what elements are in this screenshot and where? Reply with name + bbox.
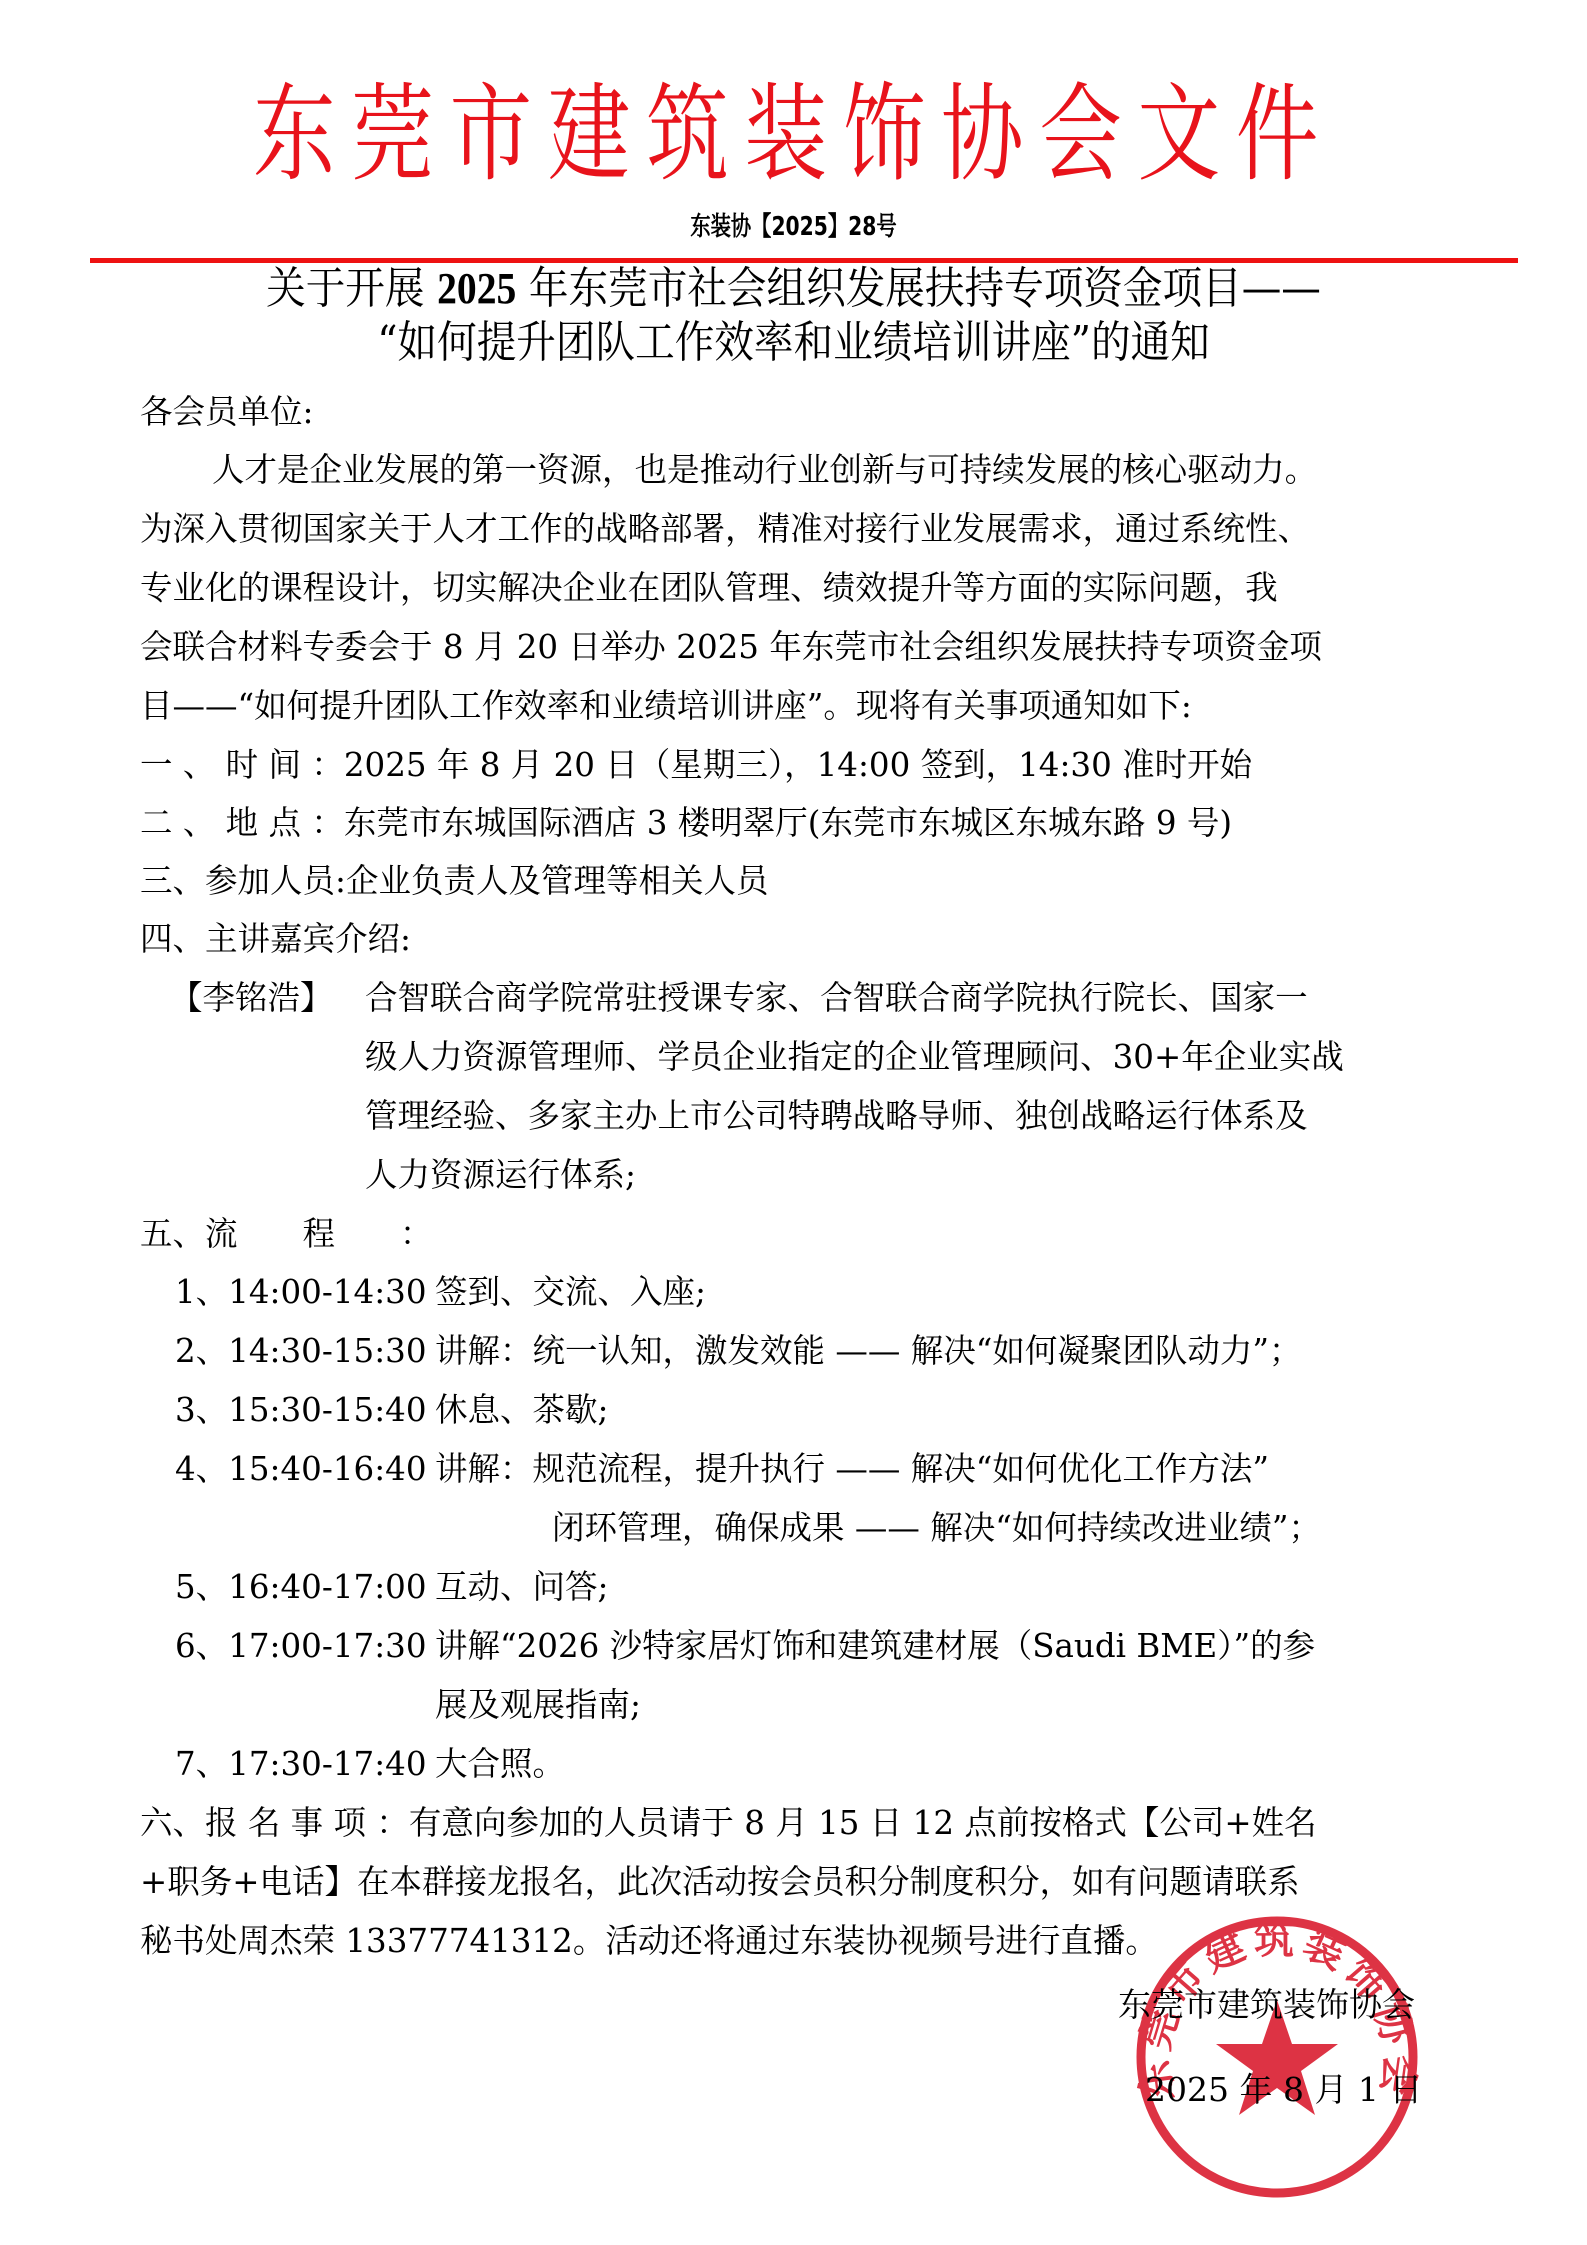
program-item-number: 6、 xyxy=(175,1626,228,1665)
section-location: 二 、 地 点 ：东莞市东城国际酒店 3 楼明翠厅(东莞市东城区东城东路 9 号… xyxy=(140,803,1232,843)
program-item-number: 3、 xyxy=(175,1390,228,1429)
program-item-desc: 互动、问答; xyxy=(435,1567,608,1607)
program-item-desc: 闭环管理，确保成果 —— 解决“如何持续改进业绩”； xyxy=(552,1508,1321,1548)
program-item-desc: 讲解：统一认知，激发效能 —— 解决“如何凝聚团队动力”； xyxy=(435,1331,1302,1371)
program-item: 4、15:40-16:40 xyxy=(175,1449,427,1489)
program-item-desc: 展及观展指南; xyxy=(435,1685,641,1725)
program-item-desc: 休息、茶歇; xyxy=(435,1390,608,1430)
speaker-bio-line: 级人力资源管理师、学员企业指定的企业管理顾问、30+年企业实战 xyxy=(365,1037,1344,1077)
section-attendees: 三、参加人员:企业负责人及管理等相关人员 xyxy=(140,861,769,901)
program-item: 7、17:30-17:40 xyxy=(175,1744,427,1784)
notice-title-line-1: 关于开展 2025 年东莞市社会组织发展扶持专项资金项目—— xyxy=(79,262,1507,316)
speaker-bio-line: 合智联合商学院常驻授课专家、合智联合商学院执行院长、国家一 xyxy=(365,978,1308,1018)
intro-line: 会联合材料专委会于 8 月 20 日举办 2025 年东莞市社会组织发展扶持专项… xyxy=(140,627,1322,667)
speaker-bio-line: 管理经验、多家主办上市公司特聘战略导师、独创战略运行体系及 xyxy=(365,1096,1308,1136)
notice-title-line-2: “如何提升团队工作效率和业绩培训讲座”的通知 xyxy=(79,316,1507,370)
section-label: 三、参加人员: xyxy=(140,861,346,900)
program-item-time: 17:00-17:30 xyxy=(228,1626,426,1665)
intro-line: 专业化的课程设计，切实解决企业在团队管理、绩效提升等方面的实际问题，我 xyxy=(140,568,1278,608)
intro-line: 目——“如何提升团队工作效率和业绩培训讲座”。现将有关事项通知如下: xyxy=(140,686,1192,726)
program-item: 2、14:30-15:30 xyxy=(175,1331,427,1371)
registration-line: 秘书处周杰荣 13377741312。活动还将通过东装协视频号进行直播。 xyxy=(140,1921,1158,1961)
program-item-time: 15:40-16:40 xyxy=(228,1449,426,1488)
section-time: 一 、 时 间 ：2025 年 8 月 20 日（星期三），14:00 签到，1… xyxy=(140,745,1252,785)
section-label: 六、报 名 事 项 ： xyxy=(140,1803,409,1842)
intro-line: 为深入贯彻国家关于人才工作的战略部署，精准对接行业发展需求，通过系统性、 xyxy=(140,509,1310,549)
section-label: 二 、 地 点 ： xyxy=(140,803,344,842)
title-year: 2025 xyxy=(437,264,516,313)
section-label: 一 、 时 间 ： xyxy=(140,745,344,784)
program-item-desc: 大合照。 xyxy=(435,1744,565,1784)
program-item-time: 16:40-17:00 xyxy=(228,1567,426,1606)
speaker-bio-line: 人力资源运行体系; xyxy=(365,1155,636,1195)
speaker-name: 【李铭浩】 xyxy=(170,978,333,1018)
official-seal-icon: 东莞市建筑装饰协会 xyxy=(1132,1912,1422,2202)
signature-organization: 东莞市建筑装饰协会 xyxy=(1118,1985,1415,2025)
program-item: 3、15:30-15:40 xyxy=(175,1390,427,1430)
program-item: 1、14:00-14:30 xyxy=(175,1272,427,1312)
program-item-number: 7、 xyxy=(175,1744,228,1783)
program-item-desc: 讲解“2026 沙特家居灯饰和建筑建材展（Saudi BME）”的参 xyxy=(435,1626,1315,1666)
program-item-number: 5、 xyxy=(175,1567,228,1606)
salutation: 各会员单位: xyxy=(140,392,313,432)
program-item: 6、17:00-17:30 xyxy=(175,1626,427,1666)
intro-line: 人才是企业发展的第一资源，也是推动行业创新与可持续发展的核心驱动力。 xyxy=(212,450,1317,490)
section-value: 有意向参加的人员请于 8 月 15 日 12 点前按格式【公司+姓名 xyxy=(409,1803,1317,1842)
program-item-number: 2、 xyxy=(175,1331,228,1370)
section-value: 东莞市东城国际酒店 3 楼明翠厅(东莞市东城区东城东路 9 号) xyxy=(344,803,1232,842)
section-registration: 六、报 名 事 项 ：有意向参加的人员请于 8 月 15 日 12 点前按格式【… xyxy=(140,1803,1317,1843)
section-value: 企业负责人及管理等相关人员 xyxy=(346,861,769,900)
document-number: 东装协【2025】28号 xyxy=(175,210,1413,244)
program-item-number: 4、 xyxy=(175,1449,228,1488)
title-prefix: 关于开展 xyxy=(266,263,424,314)
program-item-time: 14:00-14:30 xyxy=(228,1272,426,1311)
program-item-number: 1、 xyxy=(175,1272,228,1311)
program-item-desc: 讲解：规范流程，提升执行 —— 解决“如何优化工作方法” xyxy=(435,1449,1269,1489)
program-item-time: 17:30-17:40 xyxy=(228,1744,426,1783)
registration-line: +职务+电话】在本群接龙报名，此次活动按会员积分制度积分，如有问题请联系 xyxy=(140,1862,1300,1902)
program-item-time: 14:30-15:30 xyxy=(228,1331,426,1370)
section-speaker-heading: 四、主讲嘉宾介绍: xyxy=(140,919,411,959)
signature-date: 2025 年 8 月 1 日 xyxy=(1145,2070,1422,2110)
program-item-time: 15:30-15:40 xyxy=(228,1390,426,1429)
section-value: 2025 年 8 月 20 日（星期三），14:00 签到，14:30 准时开始 xyxy=(344,745,1252,784)
program-item: 5、16:40-17:00 xyxy=(175,1567,427,1607)
org-document-header: 东莞市建筑装饰协会文件 xyxy=(175,70,1413,200)
program-item-desc: 签到、交流、入座; xyxy=(435,1272,706,1312)
section-program-heading: 五、流 程 ： xyxy=(140,1214,433,1254)
title-suffix: 年东莞市社会组织发展扶持专项资金项目—— xyxy=(529,263,1321,314)
